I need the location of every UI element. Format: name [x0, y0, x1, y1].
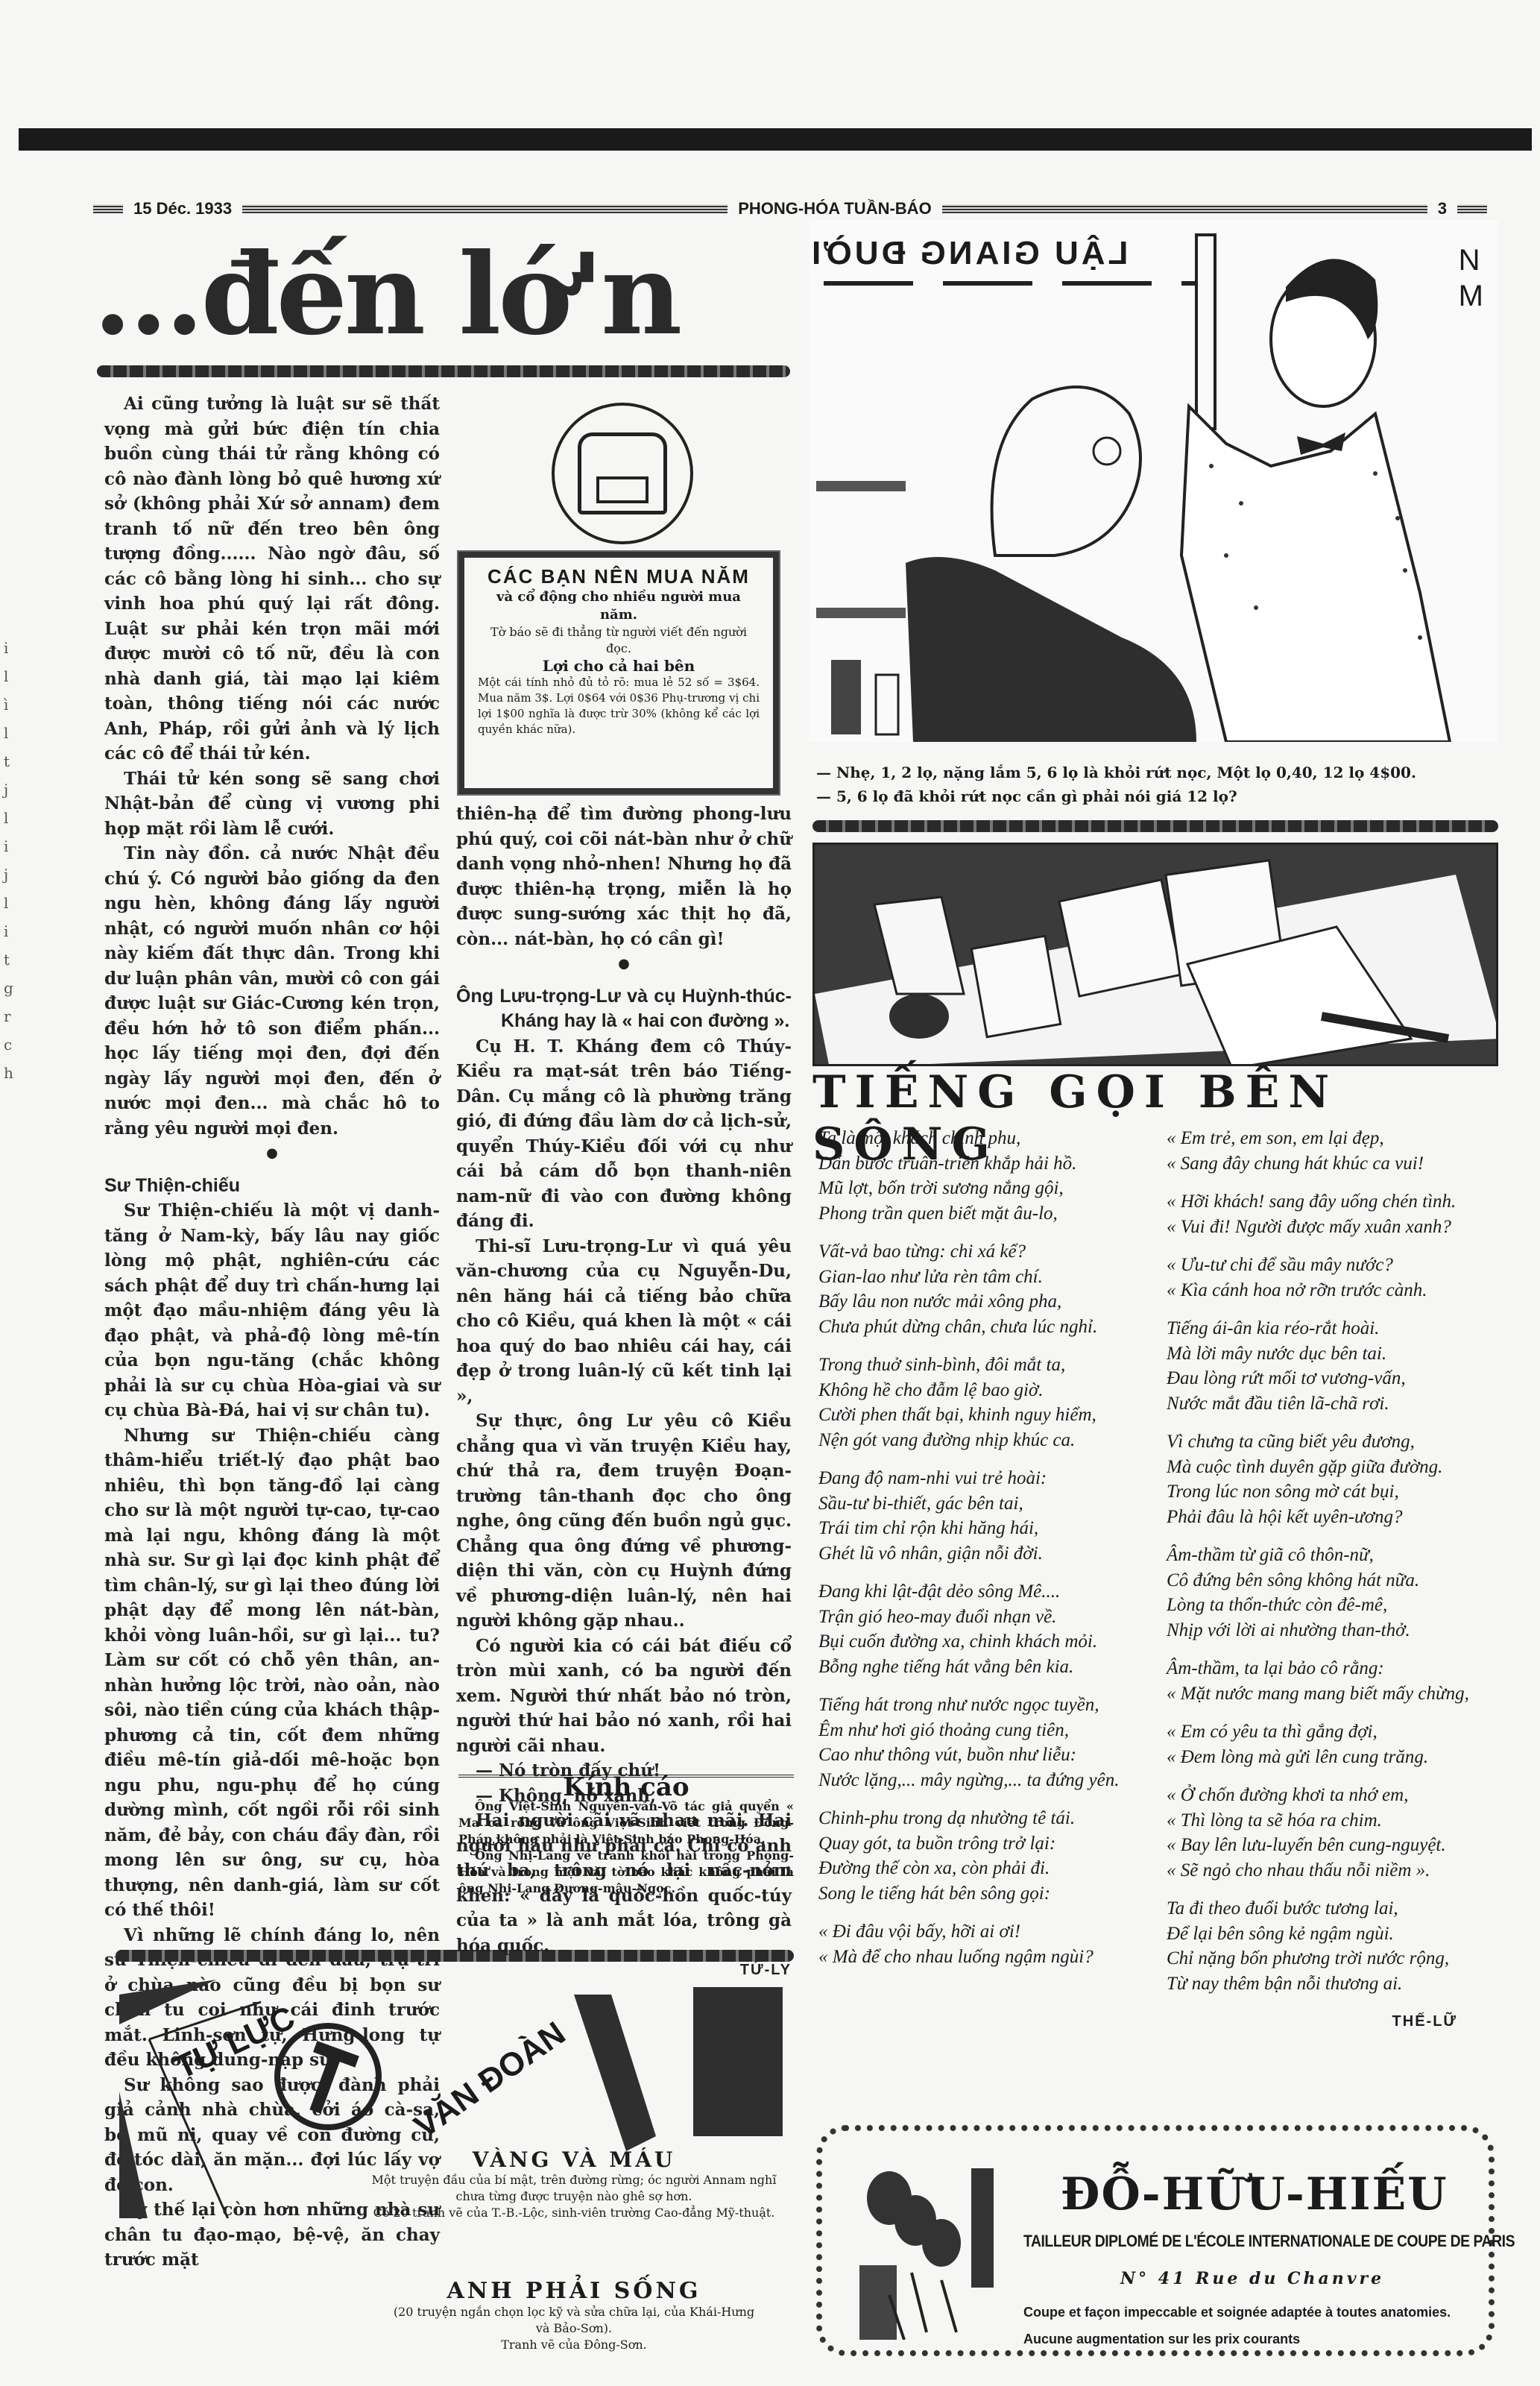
tailor-address: N° 41 Rue du Chanvre: [1120, 2269, 1384, 2288]
article-paragraph: Thái tử kén song sẽ sang chơi Nhật-bản đ…: [104, 767, 440, 842]
notice-paragraph: Ông Nhị-Lang vẽ tranh khôi hài trong Pho…: [458, 1848, 794, 1897]
wave-divider: [812, 820, 1498, 832]
book-title: ANH PHẢI SỐNG: [388, 2278, 760, 2304]
poem-stanza: Âm-thầm từ giã cô thôn-nữ, Cô đứng bên s…: [1167, 1543, 1502, 1643]
subscription-line: Tờ báo sẽ đi thẳng từ người viết đến ngư…: [478, 624, 760, 657]
poem-stanza: « Ở chốn đường khơi ta nhớ em, « Thì lòn…: [1167, 1783, 1502, 1883]
poem-stanza: « Em trẻ, em son, em lại đẹp, « Sang đây…: [1167, 1126, 1502, 1176]
poem-stanza: Vì chưng ta cũng biết yêu đương, Mà cuộc…: [1167, 1429, 1502, 1529]
poem-stanza: Ta đi theo đuổi bước tương lai, Để lại b…: [1167, 1896, 1502, 1996]
poem-stanza: « Đi đâu vội bấy, hỡi ai ơi! « Mà để cho…: [818, 1919, 1158, 1969]
article-paragraph: Nhưng sư Thiện-chiếu càng thâm-hiểu triế…: [104, 1423, 440, 1923]
book-title: VÀNG VÀ MÁU: [358, 2147, 790, 2172]
poem-stanza: Chinh-phu trong dạ nhường tê tái. Quay g…: [818, 1806, 1158, 1906]
running-header: 15 Déc. 1933 PHONG-HÓA TUẦN-BÁO 3: [93, 198, 1487, 220]
article-paragraph: Cụ H. T. Kháng đem cô Thúy-Kiều ra mạt-s…: [456, 1034, 792, 1234]
tailor-subtitle: TAILLEUR DIPLOMÉ DE L'ÉCOLE INTERNATIONA…: [1023, 2232, 1515, 2251]
subscription-subtitle: và cổ động cho nhiều người mua năm.: [478, 588, 760, 624]
poem-column-left: Ta là một khách chinh phu, Dấn bước truâ…: [818, 1126, 1158, 1983]
subscription-title: CÁC BẠN NÊN MUA NĂM: [478, 565, 760, 588]
article-paragraph: Sư Thiện-chiếu là một vị danh-tăng ở Nam…: [104, 1198, 440, 1423]
article-paragraph: Tin này đồn. cả nước Nhật đều chú ý. Có …: [104, 841, 440, 1141]
publication-name: PHONG-HÓA TUẦN-BÁO: [738, 199, 932, 218]
poem-stanza: « Ưu-tư chi để sầu mây nước? « Kìa cánh …: [1167, 1253, 1502, 1303]
book-ad-anh-phai-song: ANH PHẢI SỐNG (20 truyện ngắn chọn lọc k…: [388, 2278, 760, 2353]
book-description: Một truyện đầu của bí mật, trên đường rừ…: [358, 2172, 790, 2205]
article-paragraph: Ai cũng tưởng là luật sư sẽ thất vọng mà…: [104, 391, 440, 767]
notice-box: Kính cáo Ông Việt-Sinh Nguyễn-văn-Võ tác…: [458, 1775, 794, 1897]
header-rule: [942, 204, 1427, 213]
desk-still-life-illustration: [812, 843, 1498, 1066]
tailor-description: Coupe et façon impeccable et soignée ada…: [1023, 2299, 1486, 2352]
poem-stanza: Âm-thầm, ta lại bảo cô rằng: « Mặt nước …: [1167, 1656, 1502, 1706]
page-number: 3: [1438, 199, 1447, 218]
article-paragraph: Có người kia có cái bát điếu cổ tròn mùi…: [456, 1634, 792, 1759]
article-paragraph: Sự thực, ông Lư yêu cô Kiều chẳng qua vì…: [456, 1408, 792, 1634]
artist-monogram: N M: [1459, 242, 1483, 314]
header-rule: [1457, 204, 1487, 213]
subscription-heading: Lợi cho cả hai bên: [478, 657, 760, 675]
mirrored-shop-sign: LẬU GIANG ĐUỜI: [809, 235, 1128, 272]
poem-stanza: « Hỡi khách! sang đây uống chén tình. « …: [1167, 1189, 1502, 1239]
subscription-body: Một cái tính nhỏ đủ tỏ rõ: mua lẻ 52 số …: [478, 675, 760, 737]
tailor-figures-icon: [845, 2161, 1016, 2340]
poem-stanza: Vất-vả bao từng: chi xá kể? Gian-lao như…: [818, 1239, 1158, 1339]
book-ad-vang-va-mau: VÀNG VÀ MÁU Một truyện đầu của bí mật, t…: [358, 2147, 790, 2221]
poem-stanza: Trong thuở sinh-bình, đôi mắt ta, Không …: [818, 1353, 1158, 1452]
subscription-box: CÁC BẠN NÊN MUA NĂM và cổ động cho nhiều…: [458, 552, 779, 794]
header-rule: [242, 204, 728, 213]
article-headline: ...đến lớ'n: [93, 239, 786, 350]
section-bullet-icon: ●: [456, 951, 792, 977]
pharmacy-scene-drawing: [809, 220, 1498, 742]
section-bullet-icon: ●: [104, 1141, 440, 1166]
book-description: (20 truyện ngắn chọn lọc kỹ và sửa chữa …: [388, 2304, 760, 2337]
book-description: Có 20 tranh vẽ của T.-B.-Lộc, sinh-viên …: [358, 2205, 790, 2221]
wave-divider: [97, 365, 790, 377]
margin-artifacts: ilìltjlijlitgrch: [4, 634, 26, 1087]
article-paragraph: thiên-hạ để tìm đường phong-lưu phú quý,…: [456, 802, 792, 951]
issue-date: 15 Déc. 1933: [133, 199, 232, 218]
section-heading: Sư Thiện-chiếu: [104, 1174, 440, 1199]
caption-line: — 5, 6 lọ đã khỏi rứt nọc cần gì phải nó…: [816, 784, 1502, 808]
caption-line: — Nhẹ, 1, 2 lọ, nặng lắm 5, 6 lọ là khỏi…: [816, 761, 1502, 784]
cartoon-illustration: LẬU GIANG ĐUỜI N M: [809, 220, 1498, 742]
poem-author: THẾ-LỮ: [1167, 2009, 1457, 2035]
cartoon-caption: — Nhẹ, 1, 2 lọ, nặng lắm 5, 6 lọ là khỏi…: [816, 761, 1502, 808]
section-heading: Ông Lưu-trọng-Lư và cụ Huỳnh-thúc-Kháng …: [456, 984, 792, 1034]
poem-column-right: « Em trẻ, em son, em lại đẹp, « Sang đây…: [1167, 1126, 1502, 2035]
poem-stanza: Tiếng hát trong như nước ngọc tuyền, Êm …: [818, 1693, 1158, 1792]
article-paragraph: Thi-sĩ Lưu-trọng-Lư vì quá yêu văn-chươn…: [456, 1234, 792, 1409]
tailor-ad: ĐỖ-HỮU-HIẾU TAILLEUR DIPLOMÉ DE L'ÉCOLE …: [816, 2125, 1495, 2356]
notice-title: Kính cáo: [458, 1775, 794, 1795]
poem-stanza: « Em có yêu ta thì gắng đợi, « Đem lòng …: [1167, 1719, 1502, 1769]
notice-paragraph: Ông Việt-Sinh Nguyễn-văn-Võ tác giả quyể…: [458, 1798, 794, 1848]
newspaper-seal-icon: [552, 403, 693, 544]
poem-stanza: Ta là một khách chinh phu, Dấn bước truâ…: [818, 1126, 1158, 1226]
book-description: Tranh vẽ của Đông-Sơn.: [388, 2337, 760, 2353]
header-rule: [93, 204, 123, 213]
tailor-name: ĐỖ-HỮU-HIẾU: [1061, 2168, 1448, 2220]
top-border-bar: [19, 128, 1532, 151]
poem-stanza: Đang khi lật-đật dẻo sông Mê.... Trận gi…: [818, 1579, 1158, 1679]
poem-stanza: Đang độ nam-nhi vui trẻ hoài: Sầu-tư bi-…: [818, 1466, 1158, 1566]
poem-stanza: Tiếng ái-ân kia réo-rắt hoài. Mà lời mây…: [1167, 1316, 1502, 1416]
